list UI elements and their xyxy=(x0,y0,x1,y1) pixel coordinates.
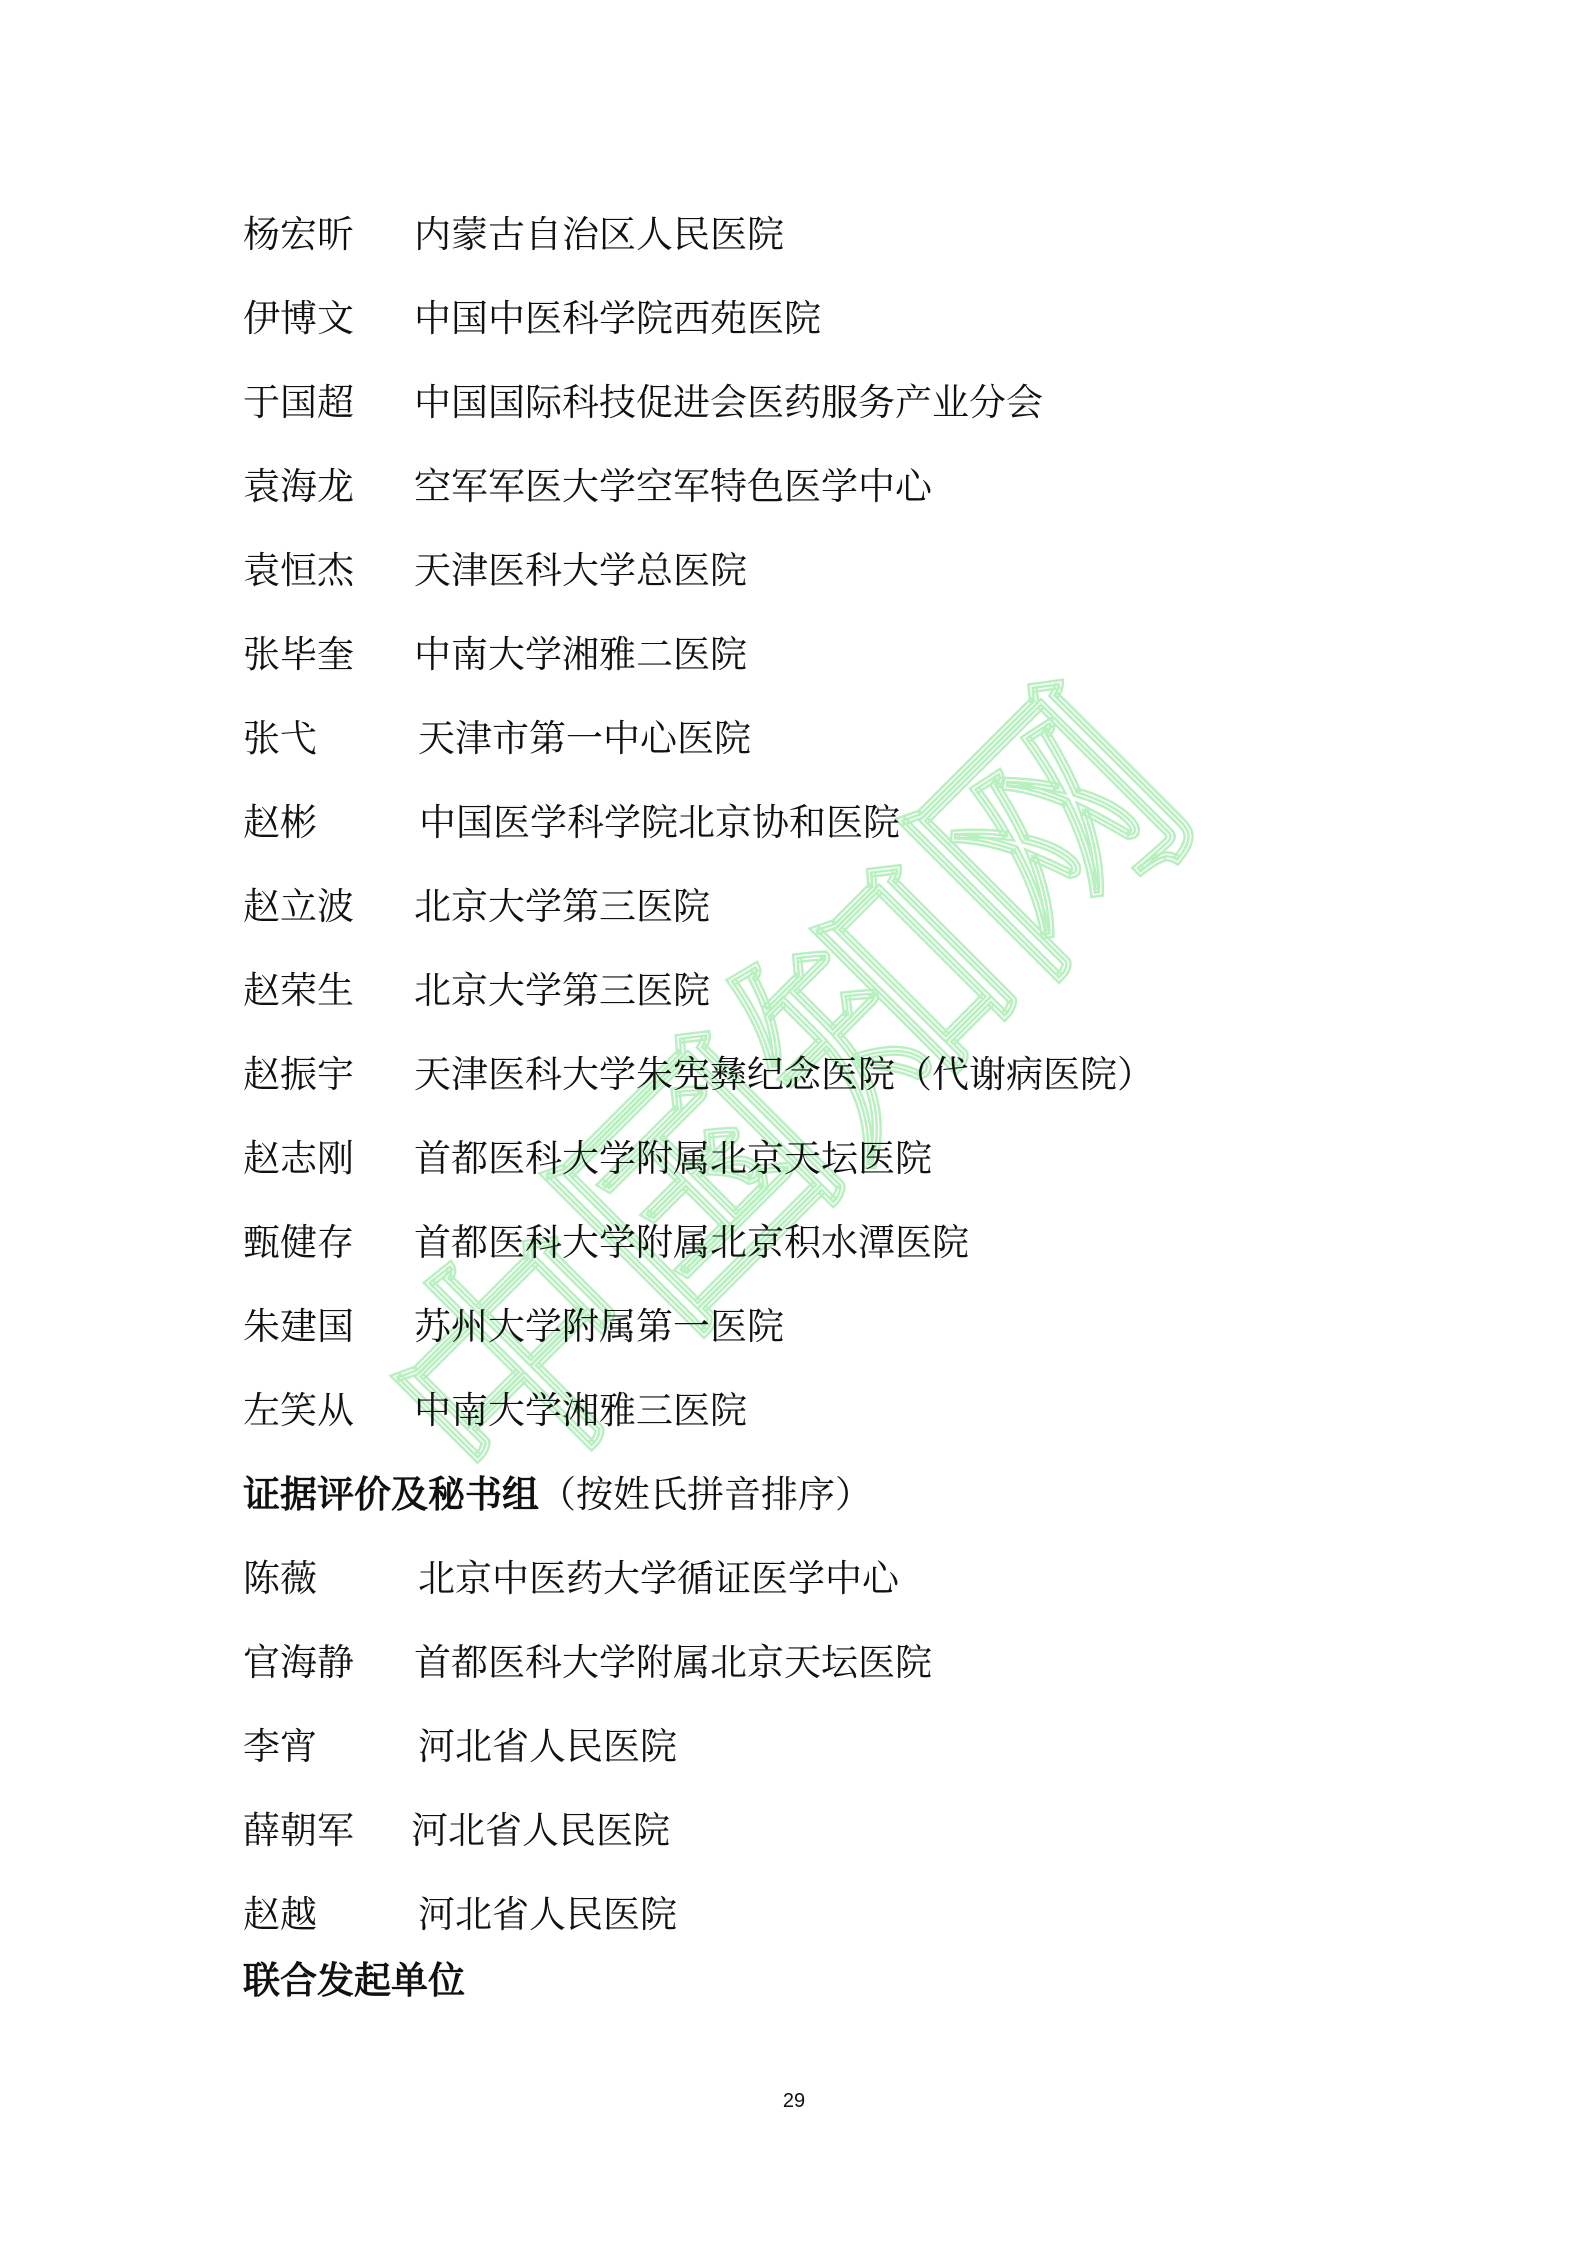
member-org: 河北省人民医院 xyxy=(411,1806,670,1856)
member-org: 空军军医大学空军特色医学中心 xyxy=(414,462,932,512)
member-name: 甄健存 xyxy=(243,1218,354,1268)
member-name: 张弋 xyxy=(243,714,317,764)
member-org: 首都医科大学附属北京天坛医院 xyxy=(414,1134,932,1184)
member-org: 中国国际科技促进会医药服务产业分会 xyxy=(414,378,1043,428)
member-org: 天津市第一中心医院 xyxy=(418,714,751,764)
member-org: 河北省人民医院 xyxy=(418,1890,677,1940)
evidence-section-heading: 证据评价及秘书组（按姓氏拼音排序） xyxy=(243,1470,872,1520)
watermark: 中国知网 xyxy=(300,620,1300,1600)
member-org: 天津医科大学朱宪彝纪念医院（代谢病医院） xyxy=(414,1050,1154,1100)
member-org: 中南大学湘雅三医院 xyxy=(414,1386,747,1436)
member-name: 赵越 xyxy=(243,1890,317,1940)
member-name: 杨宏昕 xyxy=(243,210,354,260)
member-name: 伊博文 xyxy=(243,294,354,344)
member-org: 中南大学湘雅二医院 xyxy=(414,630,747,680)
member-name: 薛朝军 xyxy=(243,1806,354,1856)
member-name: 赵立波 xyxy=(243,882,354,932)
member-name: 朱建国 xyxy=(243,1302,354,1352)
member-org: 内蒙古自治区人民医院 xyxy=(414,210,784,260)
member-org: 苏州大学附属第一医院 xyxy=(414,1302,784,1352)
member-name: 赵志刚 xyxy=(243,1134,354,1184)
member-name: 袁恒杰 xyxy=(243,546,354,596)
member-org: 北京中医药大学循证医学中心 xyxy=(418,1554,899,1604)
member-name: 赵彬 xyxy=(243,798,317,848)
member-name: 官海静 xyxy=(243,1638,354,1688)
member-org: 北京大学第三医院 xyxy=(414,882,710,932)
member-name: 赵荣生 xyxy=(243,966,354,1016)
page-number: 29 xyxy=(0,2090,1588,2113)
member-name: 赵振宇 xyxy=(243,1050,354,1100)
joint-section-heading: 联合发起单位 xyxy=(243,1956,465,2006)
member-name: 袁海龙 xyxy=(243,462,354,512)
section-note: （按姓氏拼音排序） xyxy=(539,1473,872,1516)
section-title: 证据评价及秘书组 xyxy=(243,1473,539,1516)
member-org: 北京大学第三医院 xyxy=(414,966,710,1016)
member-org: 中国中医科学院西苑医院 xyxy=(414,294,821,344)
member-name: 左笑从 xyxy=(243,1386,354,1436)
member-org: 河北省人民医院 xyxy=(418,1722,677,1772)
member-name: 张毕奎 xyxy=(243,630,354,680)
member-name: 陈薇 xyxy=(243,1554,317,1604)
member-org: 首都医科大学附属北京天坛医院 xyxy=(414,1638,932,1688)
member-name: 李宵 xyxy=(243,1722,317,1772)
member-name: 于国超 xyxy=(243,378,354,428)
member-org: 天津医科大学总医院 xyxy=(414,546,747,596)
member-org: 中国医学科学院北京协和医院 xyxy=(419,798,900,848)
section-title: 联合发起单位 xyxy=(243,1959,465,2002)
member-org: 首都医科大学附属北京积水潭医院 xyxy=(414,1218,969,1268)
